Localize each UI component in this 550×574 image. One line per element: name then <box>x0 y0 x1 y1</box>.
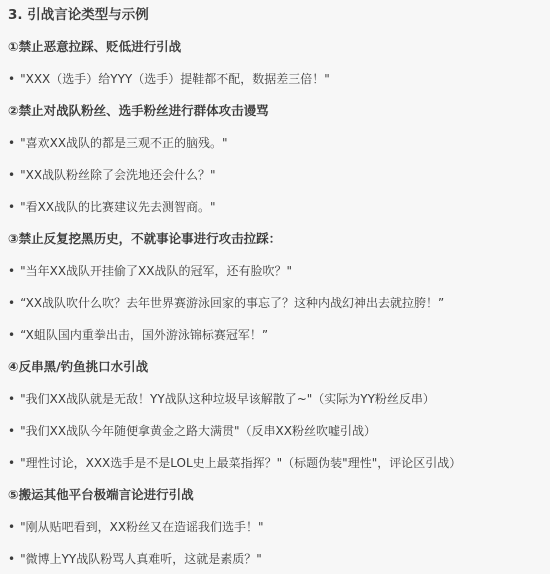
page-title: 3. 引战言论类型与示例 <box>8 5 540 25</box>
section-heading: ①禁止恶意拉踩、贬低进行引战 <box>8 37 540 57</box>
bullet-marker-icon: • <box>8 197 15 217</box>
bullet-marker-icon: • <box>8 261 15 281</box>
bullet-marker-icon: • <box>8 69 15 89</box>
bullet-item: •"喜欢XX战队的都是三观不正的脑残。" <box>8 133 540 153</box>
document-body: 3. 引战言论类型与示例 ①禁止恶意拉踩、贬低进行引战•"XXX（选手）给YYY… <box>0 0 550 569</box>
bullet-item: •"XXX（选手）给YYY（选手）提鞋都不配，数据差三倍！" <box>8 69 540 89</box>
bullet-marker-icon: • <box>8 325 15 345</box>
bullet-marker-icon: • <box>8 133 15 153</box>
bullet-marker-icon: • <box>8 389 15 409</box>
bullet-item: •"我们XX战队今年随便拿黄金之路大满贯"（反串XX粉丝吹嘘引战） <box>8 421 540 441</box>
bullet-marker-icon: • <box>8 549 15 569</box>
bullet-text: "我们XX战队就是无敌！YY战队这种垃圾早该解散了~"（实际为YY粉丝反串） <box>20 392 435 406</box>
sections-container: ①禁止恶意拉踩、贬低进行引战•"XXX（选手）给YYY（选手）提鞋都不配，数据差… <box>8 37 540 569</box>
bullet-item: •"理性讨论，XXX选手是不是LOL史上最菜指挥？"（标题伪装"理性"，评论区引… <box>8 453 540 473</box>
bullet-text: "XX战队粉丝除了会洗地还会什么？" <box>20 168 215 182</box>
section-heading: ②禁止对战队粉丝、选手粉丝进行群体攻击谩骂 <box>8 101 540 121</box>
bullet-item: •“X蛆队国内重拳出击，国外游泳锦标赛冠军！” <box>8 325 540 345</box>
bullet-text: "刚从贴吧看到，XX粉丝又在造谣我们选手！" <box>20 520 263 534</box>
bullet-marker-icon: • <box>8 165 15 185</box>
bullet-text: “X蛆队国内重拳出击，国外游泳锦标赛冠军！” <box>20 328 268 342</box>
bullet-text: "看XX战队的比赛建议先去测智商。" <box>20 200 215 214</box>
bullet-marker-icon: • <box>8 421 15 441</box>
bullet-item: •"微博上YY战队粉骂人真难听，这就是素质？" <box>8 549 540 569</box>
bullet-item: •"当年XX战队开挂偷了XX战队的冠军，还有脸吹？" <box>8 261 540 281</box>
bullet-marker-icon: • <box>8 517 15 537</box>
bullet-item: •"刚从贴吧看到，XX粉丝又在造谣我们选手！" <box>8 517 540 537</box>
bullet-item: •“XX战队吹什么吹？去年世界赛游泳回家的事忘了？这种内战幻神出去就拉胯！” <box>8 293 540 313</box>
bullet-text: "当年XX战队开挂偷了XX战队的冠军，还有脸吹？" <box>20 264 292 278</box>
bullet-text: "理性讨论，XXX选手是不是LOL史上最菜指挥？"（标题伪装"理性"，评论区引战… <box>20 456 461 470</box>
bullet-item: •"XX战队粉丝除了会洗地还会什么？" <box>8 165 540 185</box>
bullet-text: "XXX（选手）给YYY（选手）提鞋都不配，数据差三倍！" <box>20 72 330 86</box>
bullet-text: "喜欢XX战队的都是三观不正的脑残。" <box>20 136 227 150</box>
section-heading: ⑤搬运其他平台极端言论进行引战 <box>8 485 540 505</box>
bullet-marker-icon: • <box>8 453 15 473</box>
section-heading: ③禁止反复挖黑历史，不就事论事进行攻击拉踩： <box>8 229 540 249</box>
bullet-item: •"我们XX战队就是无敌！YY战队这种垃圾早该解散了~"（实际为YY粉丝反串） <box>8 389 540 409</box>
bullet-item: •"看XX战队的比赛建议先去测智商。" <box>8 197 540 217</box>
bullet-marker-icon: • <box>8 293 15 313</box>
bullet-text: “XX战队吹什么吹？去年世界赛游泳回家的事忘了？这种内战幻神出去就拉胯！” <box>20 296 444 310</box>
section-heading: ④反串黑/钓鱼挑口水引战 <box>8 357 540 377</box>
bullet-text: "微博上YY战队粉骂人真难听，这就是素质？" <box>20 552 262 566</box>
bullet-text: "我们XX战队今年随便拿黄金之路大满贯"（反串XX粉丝吹嘘引战） <box>20 424 376 438</box>
